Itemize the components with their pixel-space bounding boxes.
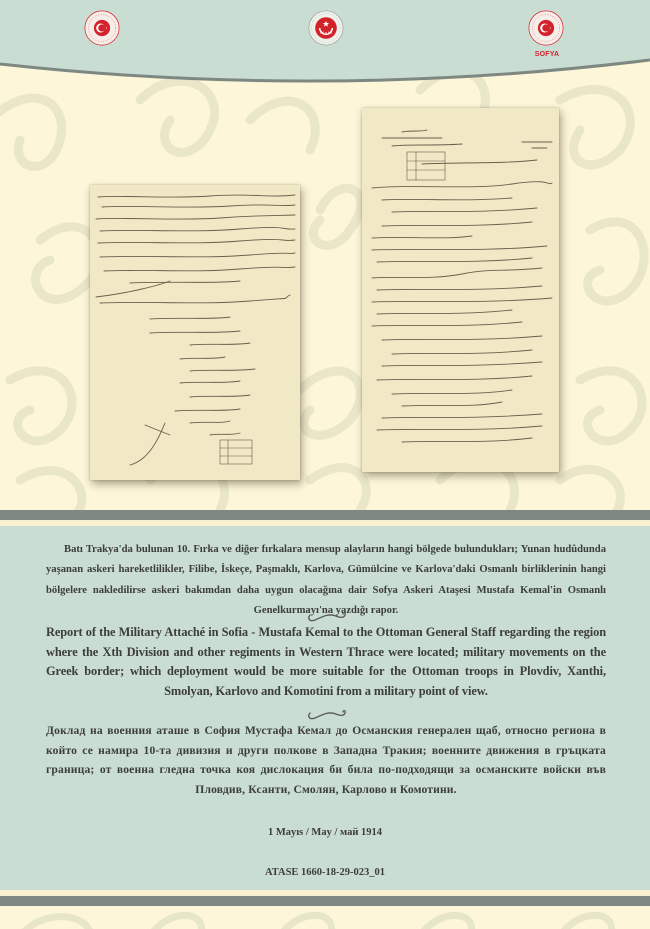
section-divider-top [0, 510, 650, 520]
caption-bulgarian: Доклад на военния аташе в София Мустафа … [46, 721, 606, 799]
floral-background-bottom [0, 906, 650, 929]
document-date: 1 Mayıs / May / май 1914 [0, 827, 650, 838]
republic-emblem-left [84, 10, 120, 46]
archive-reference: ATASE 1660-18-29-023_01 [0, 867, 650, 878]
swirl-divider-icon [306, 708, 348, 722]
logo-caption: SOFYA [530, 51, 564, 58]
section-divider-bottom [0, 896, 650, 906]
crescent-star-seal-icon [84, 10, 120, 46]
archival-document-left [90, 185, 300, 480]
caption-turkish: Batı Trakya'da bulunan 10. Fırka ve diğe… [46, 540, 606, 621]
swirl-divider-icon [306, 610, 348, 624]
embassy-emblem-right [528, 10, 564, 46]
crescent-star-seal-icon [528, 10, 564, 46]
caption-panel: Batı Trakya'da bulunan 10. Fırka ve diğe… [0, 526, 650, 890]
crescent-star-rays-seal-icon [308, 10, 344, 46]
turkish-armed-forces-emblem [308, 10, 344, 46]
archival-document-right [362, 108, 559, 472]
caption-english: Report of the Military Attaché in Sofia … [46, 623, 606, 701]
